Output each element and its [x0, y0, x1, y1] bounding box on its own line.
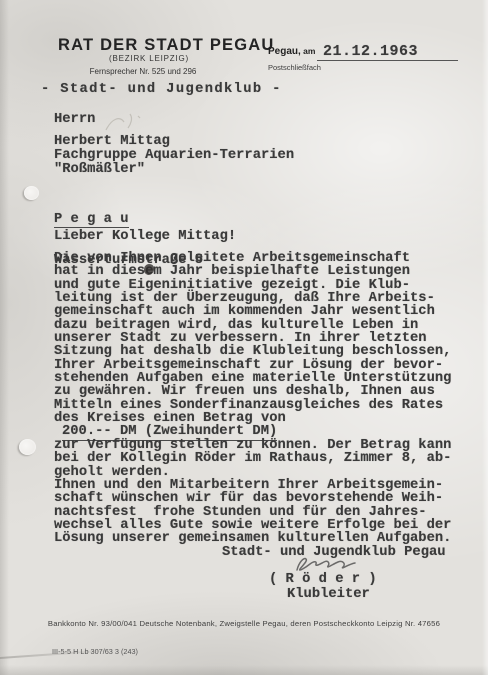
recipient-salutation: Herrn [54, 113, 95, 126]
letter-greeting: Lieber Kollege Mittag! [54, 230, 236, 243]
recipient-city-line: P e g a u [54, 213, 203, 227]
letterhead-phone: Fernsprecher Nr. 525 und 296 [52, 67, 234, 76]
body-paragraph-1a: Die von Ihnen geleitete Arbeitsgemeinsch… [54, 252, 451, 425]
body-paragraph-2: Ihnen und den Mitarbeitern Ihrer Arbeits… [54, 479, 451, 546]
letterhead-place-label: Pegau, am [268, 46, 315, 57]
handwritten-signature-icon [292, 554, 360, 574]
closing-org-line: Stadt- und Jugendklub Pegau [54, 546, 451, 559]
letterhead-org-name: RAT DER STADT PEGAU [58, 36, 275, 55]
letterhead-club-line: - Stadt- und Jugendklub - [41, 83, 282, 96]
place-name: Pegau, [268, 46, 301, 57]
scan-highlight-right [482, 0, 488, 675]
place-rest: am [301, 46, 316, 56]
footer-bank-line: Bankkonto Nr. 93/00/041 Deutsche Notenba… [0, 619, 488, 628]
scan-shadow-left [0, 0, 9, 675]
recipient-name-block: Herbert Mittag Fachgruppe Aquarien-Terra… [54, 135, 294, 176]
letter-date: 21.12.1963 [323, 44, 418, 59]
letterhead-district: (BEZIRK LEIPZIG) [58, 54, 240, 63]
signer-name: ( R ö d e r ) [269, 573, 377, 586]
letterhead-pobox-label: Postschließfach [268, 63, 321, 72]
recipient-city: P e g a u [54, 212, 129, 229]
letter-body: Die von Ihnen geleitete Arbeitsgemeinsch… [54, 252, 451, 559]
amount-line: 200.-- DM (Zweihundert DM) [54, 425, 451, 438]
signer-role: Klubleiter [287, 588, 370, 601]
punch-hole-top [24, 186, 39, 200]
date-rule-line [317, 60, 458, 61]
scanned-letter-page: RAT DER STADT PEGAU (BEZIRK LEIPZIG) Fer… [0, 0, 488, 675]
scan-shadow-bottom [0, 665, 488, 675]
punch-hole-bottom [19, 439, 36, 455]
body-paragraph-1b: zur Verfügung stellen zu können. Der Bet… [54, 439, 451, 479]
